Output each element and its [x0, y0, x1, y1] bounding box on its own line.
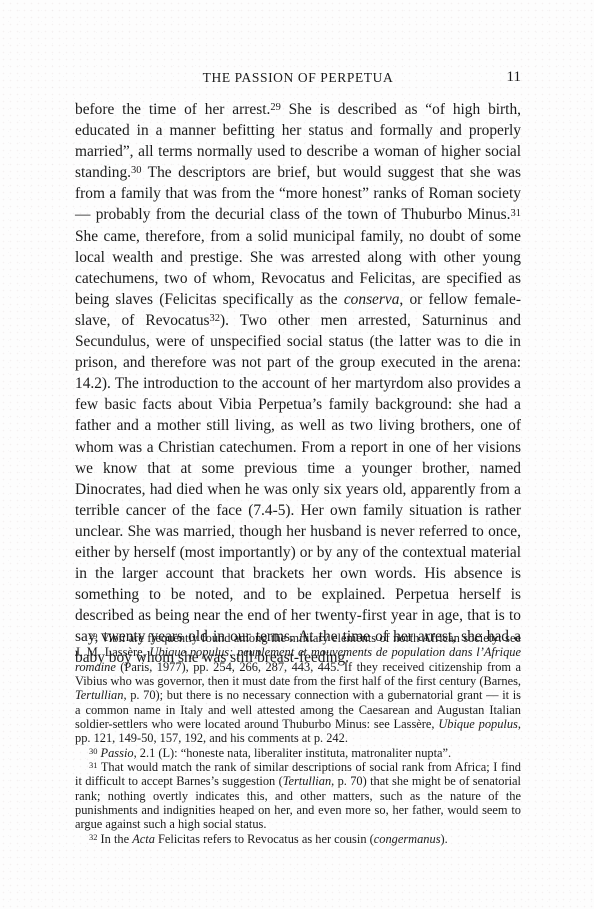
text-segment: ).: [441, 832, 448, 846]
text-segment: The descriptors are brief, but would sug…: [75, 164, 521, 223]
text-segment: ). Two other men arrested, Saturninus an…: [75, 312, 521, 667]
text-segment: , 2.1 (L): “honeste nata, liberaliter in…: [134, 746, 452, 760]
running-title: THE PASSION OF PERPETUA: [75, 70, 521, 86]
book-page: THE PASSION OF PERPETUA 11 before the ti…: [0, 0, 594, 909]
footnote-marker: 32: [89, 832, 97, 842]
italic-segment: Tertullian: [283, 774, 331, 788]
footnote-marker: 30: [89, 746, 97, 756]
text-segment: (Paris, 1977), pp. 254, 266, 287, 443, 4…: [75, 660, 521, 688]
footnote-31: 31 That would match the rank of similar …: [75, 760, 521, 832]
footnote-29: 29 Vibii are frequently found among the …: [75, 631, 521, 746]
footnote-marker: 29: [89, 631, 97, 641]
italic-segment: Acta: [132, 832, 155, 846]
footnote-marker: 32: [210, 313, 220, 324]
footnote-marker: 31: [89, 760, 97, 770]
text-segment: before the time of her arrest.: [75, 101, 270, 118]
text-segment: In the: [97, 832, 132, 846]
body-paragraph: before the time of her arrest.29 She is …: [75, 99, 521, 669]
page-number: 11: [507, 69, 521, 86]
text-segment: Felicitas refers to Revocatus as her cou…: [155, 832, 374, 846]
footnote-marker: 29: [270, 102, 280, 113]
footnote-marker: 30: [131, 165, 141, 176]
italic-segment: congermanus: [374, 832, 441, 846]
footnote-30: 30 Passio, 2.1 (L): “honeste nata, liber…: [75, 746, 521, 760]
italic-segment: conserva: [344, 291, 400, 308]
footnote-32: 32 In the Acta Felicitas refers to Revoc…: [75, 832, 521, 846]
running-head: THE PASSION OF PERPETUA 11: [75, 70, 521, 90]
italic-segment: Ubique populus: [438, 717, 518, 731]
italic-segment: Tertullian: [75, 688, 123, 702]
footnotes-section: 29 Vibii are frequently found among the …: [75, 631, 521, 846]
footnote-marker: 31: [511, 208, 521, 219]
italic-segment: Passio: [101, 746, 134, 760]
